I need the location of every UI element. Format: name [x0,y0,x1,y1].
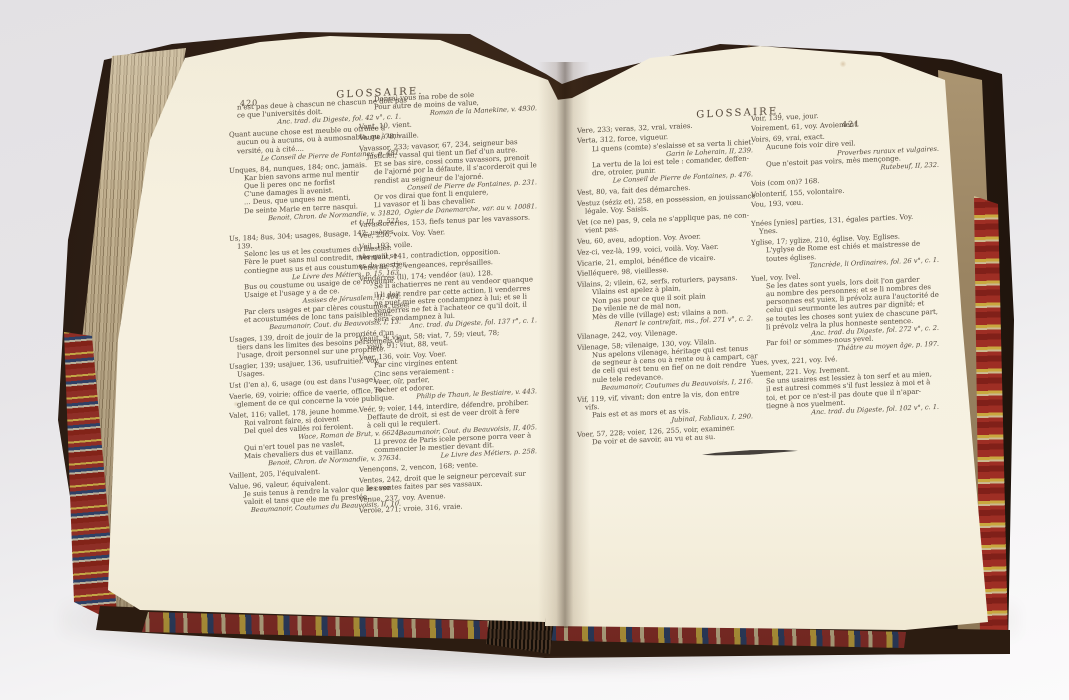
right-page-column-2: Voir, 139, vue, jour.Voirement, 61, voy.… [751,103,947,419]
book-photograph: GLOSSAIRE. 420 n'est pas deue à chascun … [0,0,1069,700]
right-page-column-1: Vere, 233; veras, 32, vrai, vraies.Verta… [577,116,761,447]
left-page-column-2: Donrai-vous ma robe de soiePour autre de… [359,88,545,515]
